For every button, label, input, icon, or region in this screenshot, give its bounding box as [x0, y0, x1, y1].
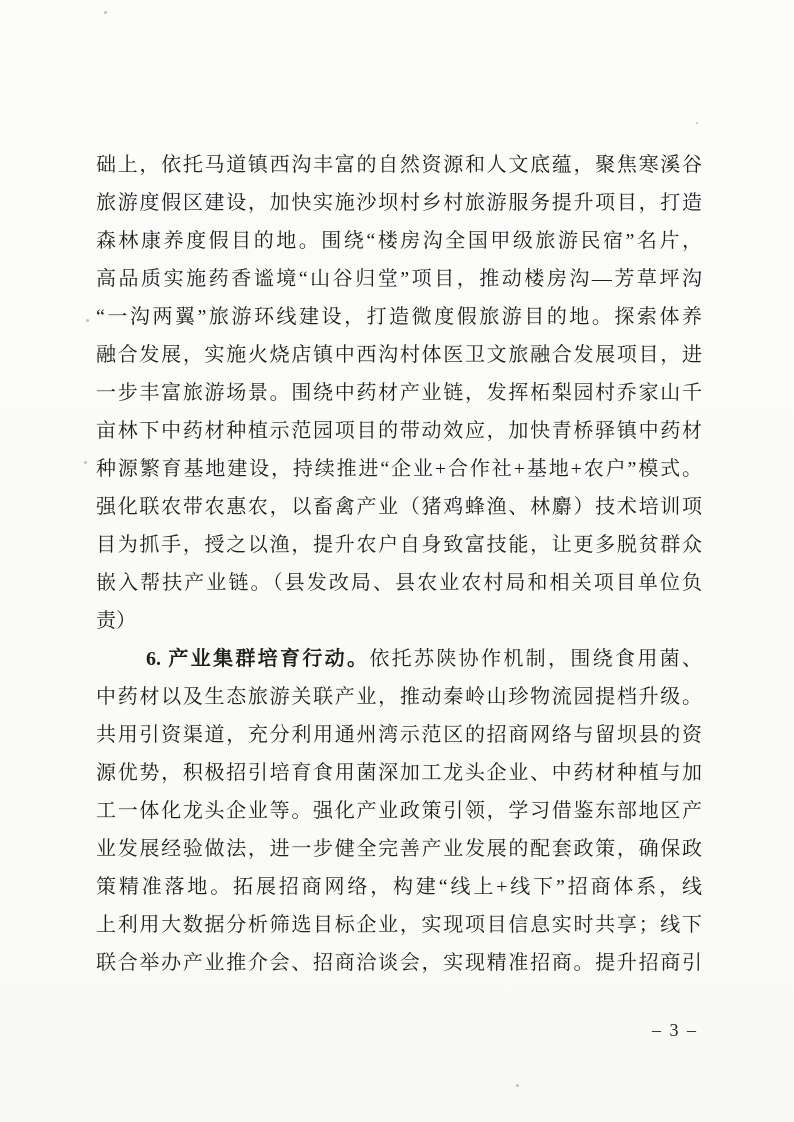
scan-speck — [104, 11, 107, 14]
text-line: 工一体化龙头企业等。强化产业政策引领，学习借鉴东部地区产 — [96, 792, 702, 830]
document-page: 础上，依托马道镇西沟丰富的自然资源和人文底蕴，聚焦寒溪谷 旅游度假区建设，加快实… — [0, 0, 794, 1122]
text-line: 共用引资渠道，充分利用通州湾示范区的招商网络与留坝县的资 — [96, 716, 702, 754]
text-line: 一步丰富旅游场景。围绕中药材产业链，发挥柘梨园村乔家山千 — [96, 374, 702, 412]
text-line: 上利用大数据分析筛选目标企业，实现项目信息实时共享；线下 — [96, 906, 702, 944]
text-line: 目为抓手，授之以渔，提升农户自身致富技能，让更多脱贫群众 — [96, 526, 702, 564]
text-line: 责） — [96, 602, 702, 640]
scan-speck — [84, 461, 87, 464]
text-line-item6-first: 6. 产业集群培育行动。依托苏陕协作机制，围绕食用菌、 — [96, 640, 702, 678]
text-line: 旅游度假区建设，加快实施沙坝村乡村旅游服务提升项目，打造 — [96, 184, 702, 222]
text-line: 强化联农带农惠农，以畜禽产业（猪鸡蜂渔、林麝）技术培训项 — [96, 488, 702, 526]
scan-speck — [86, 319, 89, 322]
text-line: 亩林下中药材种植示范园项目的带动效应，加快青桥驿镇中药材 — [96, 412, 702, 450]
page-number: – 3 – — [620, 1016, 730, 1044]
text-line: 中药材以及生态旅游关联产业，推动秦岭山珍物流园提档升级。 — [96, 678, 702, 716]
text-line: 联合举办产业推介会、招商洽谈会，实现精准招商。提升招商引 — [96, 944, 702, 982]
scan-speck — [696, 122, 698, 124]
text-line: 种源繁育基地建设，持续推进“企业+合作社+基地+农户”模式。 — [96, 450, 702, 488]
text-line: 础上，依托马道镇西沟丰富的自然资源和人文底蕴，聚焦寒溪谷 — [96, 146, 702, 184]
text-line: 嵌入帮扶产业链。（县发改局、县农业农村局和相关项目单位负 — [96, 564, 702, 602]
text-line: 策精准落地。拓展招商网络，构建“线上+线下”招商体系，线 — [96, 868, 702, 906]
text-line: 高品质实施药香谧境“山谷归堂”项目，推动楼房沟—芳草坪沟 — [96, 260, 702, 298]
text-line: “一沟两翼”旅游环线建设，打造微度假旅游目的地。探索体养 — [96, 298, 702, 336]
body-text: 础上，依托马道镇西沟丰富的自然资源和人文底蕴，聚焦寒溪谷 旅游度假区建设，加快实… — [96, 146, 702, 982]
text-line: 融合发展，实施火烧店镇中西沟村体医卫文旅融合发展项目，进 — [96, 336, 702, 374]
item6-first-line-rest: 依托苏陕协作机制，围绕食用菌、 — [369, 648, 702, 670]
scan-speck — [516, 1084, 519, 1087]
text-line: 森林康养度假目的地。围绕“楼房沟全国甲级旅游民宿”名片， — [96, 222, 702, 260]
item6-heading: 6. 产业集群培育行动。 — [146, 648, 369, 670]
text-line: 源优势，积极招引培育食用菌深加工龙头企业、中药材种植与加 — [96, 754, 702, 792]
text-line: 业发展经验做法，进一步健全完善产业发展的配套政策，确保政 — [96, 830, 702, 868]
